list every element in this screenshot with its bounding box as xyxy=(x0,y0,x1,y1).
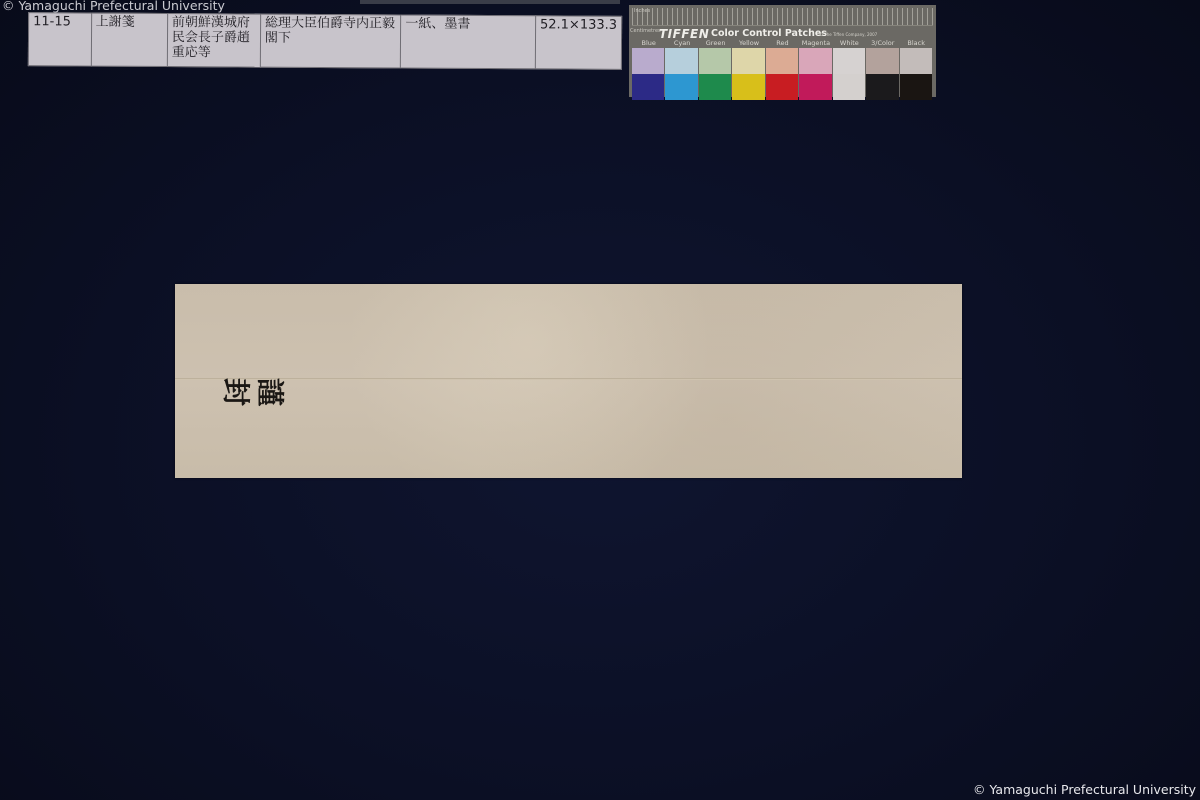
patch-black-light xyxy=(900,48,932,74)
label-number: 11-15 xyxy=(28,13,91,66)
patch-green-light xyxy=(699,48,731,74)
label-recipient: 総理大臣伯爵寺内正毅閣下 xyxy=(260,14,401,68)
patch-green-dark xyxy=(699,74,731,100)
top-edge-strip xyxy=(360,0,620,4)
color-control-chart: Inches Centimetres TIFFEN Color Control … xyxy=(629,5,936,97)
folded-document: 謹封 xyxy=(175,284,962,478)
patch-white-light xyxy=(833,48,865,74)
patch-magenta-light xyxy=(799,48,831,74)
label-sender: 前朝鮮漢城府民会長子爵趙重応等 xyxy=(167,14,260,68)
chart-title: Color Control Patches xyxy=(711,28,827,39)
patch-white-dark xyxy=(833,74,865,100)
watermark-bottom-right: © Yamaguchi Prefectural University xyxy=(973,782,1196,797)
patch-3-color-dark xyxy=(866,74,898,100)
patch-blue-dark xyxy=(632,74,664,100)
patch-red-light xyxy=(766,48,798,74)
patch-names: Blue Cyan Green Yellow Red Magenta White… xyxy=(632,39,933,47)
dark-patch-row xyxy=(632,74,933,100)
inscription: 謹封 xyxy=(217,370,285,410)
light-patch-row xyxy=(632,48,933,74)
label-format: 一紙、墨書 xyxy=(401,15,536,69)
label-type: 上謝箋 xyxy=(91,13,168,66)
patch-cyan-dark xyxy=(665,74,697,100)
patch-yellow-dark xyxy=(732,74,764,100)
patch-yellow-light xyxy=(732,48,764,74)
patch-red-dark xyxy=(766,74,798,100)
fold-line xyxy=(175,378,962,380)
ruler: Inches Centimetres xyxy=(632,8,933,26)
patch-black-dark xyxy=(900,74,932,100)
patch-blue-light xyxy=(632,48,664,74)
watermark-top-left: © Yamaguchi Prefectural University xyxy=(2,0,225,13)
chart-copyright: © The Tiffen Company, 2007 xyxy=(819,32,877,37)
patch-cyan-light xyxy=(665,48,697,74)
catalog-label: 11-15 上謝箋 前朝鮮漢城府民会長子爵趙重応等 総理大臣伯爵寺内正毅閣下 一… xyxy=(28,12,622,70)
patch-magenta-dark xyxy=(799,74,831,100)
label-size: 52.1×133.3 xyxy=(535,16,621,70)
patch-3-color-light xyxy=(866,48,898,74)
